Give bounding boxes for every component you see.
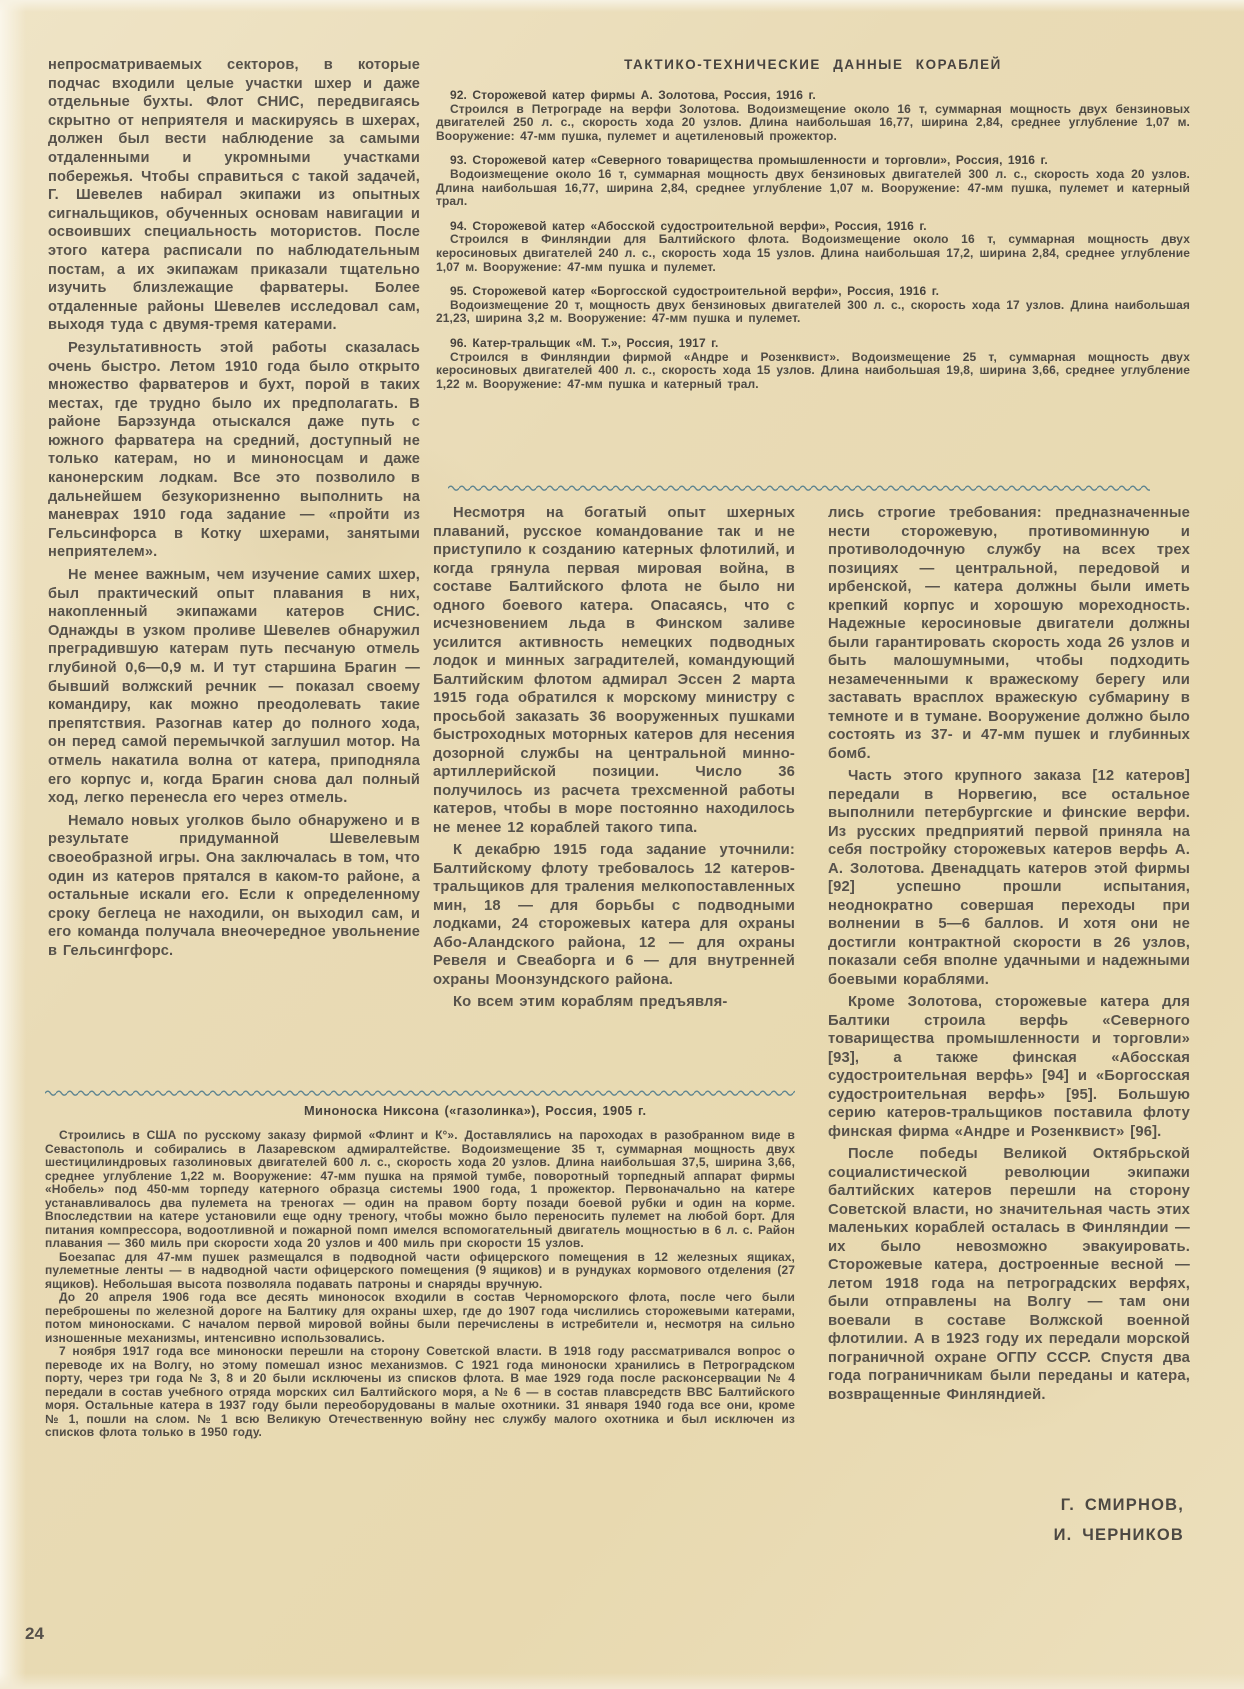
- boat-note-title: Миноноска Никсона («газолинка»), Россия,…: [290, 1104, 795, 1118]
- article-paragraph: Результативность этой работы сказалась о…: [48, 339, 420, 562]
- article-paragraph: К декабрю 1915 года задание уточнили: Ба…: [433, 841, 795, 989]
- ship-entry: 94. Сторожевой катер «Абосской судострои…: [436, 220, 1190, 274]
- article-paragraph: лись строгие требования: предназначенные…: [828, 504, 1190, 763]
- ship-entry-heading: 95. Сторожевой катер «Боргосской судостр…: [436, 285, 1190, 299]
- article-paragraph: Ко всем этим кораблям предъявля-: [433, 993, 795, 1012]
- ship-entry: 96. Катер-тральщик «М. Т.», Россия, 1917…: [436, 337, 1190, 391]
- page-edge: [0, 0, 26, 1689]
- page-edge: [0, 1673, 1244, 1689]
- article-paragraph: Кроме Золотова, сторожевые катера для Ба…: [828, 993, 1190, 1141]
- ship-entry-body: Водоизмещение 20 т, мощность двух бензин…: [436, 299, 1190, 326]
- magazine-page: непросматриваемых секторов, в которые по…: [0, 0, 1244, 1689]
- page-edge: [0, 0, 1244, 12]
- article-column-right: лись строгие требования: предназначенные…: [828, 504, 1190, 1404]
- authors-signature: Г. СМИРНОВ, И. ЧЕРНИКОВ: [828, 1490, 1184, 1550]
- article-paragraph: После победы Великой Октябрьской социали…: [828, 1145, 1190, 1404]
- article-column-middle: Несмотря на богатый опыт шхерных плавани…: [433, 504, 795, 1012]
- article-paragraph: Не менее важным, чем изучение самих шхер…: [48, 566, 420, 808]
- ship-entry-heading: 96. Катер-тральщик «М. Т.», Россия, 1917…: [436, 337, 1190, 351]
- wavy-divider: [448, 483, 1150, 491]
- ship-entry-heading: 94. Сторожевой катер «Абосской судострои…: [436, 220, 1190, 234]
- ship-entry: 95. Сторожевой катер «Боргосской судостр…: [436, 285, 1190, 326]
- boat-note-paragraph: Строились в США по русскому заказу фирмо…: [45, 1129, 795, 1251]
- ship-entry-body: Водоизмещение около 16 т, суммарная мощн…: [436, 168, 1190, 209]
- author-name: И. ЧЕРНИКОВ: [828, 1520, 1184, 1550]
- article-paragraph: Немало новых уголков было обнаружено и в…: [48, 812, 420, 961]
- ship-entry-body: Строился в Финляндии фирмой «Андре и Роз…: [436, 351, 1190, 392]
- ship-entry-body: Строился в Финляндии для Балтийского фло…: [436, 233, 1190, 274]
- page-number: 24: [25, 1624, 44, 1644]
- ship-entry: 93. Сторожевой катер «Северного товарище…: [436, 154, 1190, 208]
- boat-note-paragraph: До 20 апреля 1906 года все десять миноно…: [45, 1291, 795, 1345]
- boat-note-paragraph: Боезапас для 47-мм пушек размещался в по…: [45, 1251, 795, 1292]
- article-paragraph: Часть этого крупного заказа [12 катеров]…: [828, 767, 1190, 989]
- ship-entry-heading: 93. Сторожевой катер «Северного товарище…: [436, 154, 1190, 168]
- tech-data-section: ТАКТИКО-ТЕХНИЧЕСКИЕ ДАННЫЕ КОРАБЛЕЙ 92. …: [436, 57, 1190, 402]
- author-name: Г. СМИРНОВ,: [828, 1490, 1184, 1520]
- ship-entry-body: Строился в Петрограде на верфи Золотова.…: [436, 103, 1190, 144]
- article-paragraph: Несмотря на богатый опыт шхерных плавани…: [433, 504, 795, 837]
- article-paragraph: непросматриваемых секторов, в которые по…: [48, 56, 420, 335]
- boat-note-paragraph: 7 ноября 1917 года все миноноски перешли…: [45, 1345, 795, 1440]
- ship-entry: 92. Сторожевой катер фирмы А. Золотова, …: [436, 89, 1190, 143]
- ship-entry-heading: 92. Сторожевой катер фирмы А. Золотова, …: [436, 89, 1190, 103]
- boat-note-section: Миноноска Никсона («газолинка»), Россия,…: [45, 1104, 795, 1440]
- wavy-divider: [45, 1088, 795, 1096]
- tech-data-title: ТАКТИКО-ТЕХНИЧЕСКИЕ ДАННЫЕ КОРАБЛЕЙ: [436, 57, 1190, 72]
- article-column-left: непросматриваемых секторов, в которые по…: [48, 56, 420, 961]
